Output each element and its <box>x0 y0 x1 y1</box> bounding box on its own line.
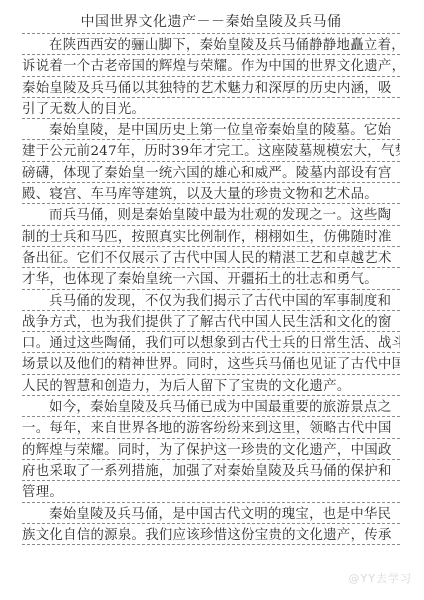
text-line-1: 在陕西西安的骊山脚下，秦始皇陵及兵马俑静静地矗立着， <box>22 34 400 55</box>
watermark: @YY去学习 <box>349 570 412 586</box>
text-line-11: 备出征。它们不仅展示了古代中国人民的精湛工艺和卓越艺术 <box>22 247 400 268</box>
document-title: 中国世界文化遗产－－秦始皇陵及兵马俑 <box>22 11 400 34</box>
handwritten-page: 中国世界文化遗产－－秦始皇陵及兵马俑 在陕西西安的骊山脚下，秦始皇陵及兵马俑静静… <box>0 0 424 600</box>
text-line-12: 才华，也体现了秦始皇统一六国、开疆拓土的壮志和勇气。 <box>22 268 400 289</box>
text-line-24: 族文化自信的源泉。我们应该珍惜这份宝贵的文化遗产，传承 <box>22 524 400 545</box>
text-body: 在陕西西安的骊山脚下，秦始皇陵及兵马俑静静地矗立着， 诉说着一个古老帝国的辉煌与… <box>22 34 400 545</box>
text-line-8: 殿、寝宫、车马库等建筑，以及大量的珍贵文物和艺术品。 <box>22 183 400 204</box>
text-line-2: 诉说着一个古老帝国的辉煌与荣耀。作为中国的世界文化遗产， <box>22 55 400 76</box>
text-line-10: 制的士兵和马匹，按照真实比例制作，栩栩如生，仿佛随时准 <box>22 226 400 247</box>
text-line-5: 秦始皇陵，是中国历史上第一位皇帝秦始皇的陵墓。它始 <box>22 119 400 140</box>
text-line-4: 引了无数人的目光。 <box>22 98 400 119</box>
text-line-19: 一。每年，来自世界各地的游客纷纷来到这里，领略古代中国 <box>22 417 400 438</box>
text-line-6: 建于公元前247年，历时39年才完工。这座陵墓规模宏大，气势 <box>22 140 400 161</box>
text-line-21: 府也采取了一系列措施，加强了对秦始皇陵及兵马俑的保护和 <box>22 460 400 481</box>
text-line-17: 人民的智慧和创造力，为后人留下了宝贵的文化遗产。 <box>22 375 400 396</box>
text-line-20: 的辉煌与荣耀。同时，为了保护这一珍贵的文化遗产，中国政 <box>22 439 400 460</box>
text-line-9: 而兵马俑，则是秦始皇陵中最为壮观的发现之一。这些陶 <box>22 204 400 225</box>
text-line-23: 秦始皇陵及兵马俑，是中国古代文明的瑰宝，也是中华民 <box>22 503 400 524</box>
text-line-7: 磅礴，体现了秦始皇一统六国的雄心和威严。陵墓内部设有宫 <box>22 162 400 183</box>
text-line-16: 场景以及他们的精神世界。同时，这些兵马俑也见证了古代中国 <box>22 353 400 374</box>
text-line-22: 管理。 <box>22 481 400 502</box>
text-line-3: 秦始皇陵及兵马俑以其独特的艺术魅力和深厚的历史内涵，吸 <box>22 77 400 98</box>
text-line-13: 兵马俑的发现，不仅为我们揭示了古代中国的军事制度和 <box>22 290 400 311</box>
text-line-15: 口。通过这些陶俑，我们可以想象到古代士兵的日常生活、战斗 <box>22 332 400 353</box>
text-line-14: 战争方式，也为我们提供了了解古代中国人民生活和文化的窗 <box>22 311 400 332</box>
text-line-18: 如今，秦始皇陵及兵马俑已成为中国最重要的旅游景点之 <box>22 396 400 417</box>
